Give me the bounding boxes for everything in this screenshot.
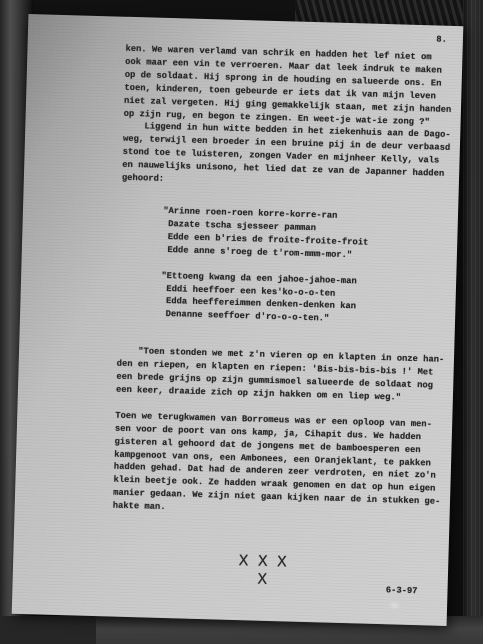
background-bottom-corner bbox=[0, 616, 96, 644]
document-body: ken. We waren verlamd van schrik en hadd… bbox=[113, 43, 457, 522]
paragraph: "Toen stonden we met z'n vieren op en kl… bbox=[116, 345, 448, 406]
paragraph: ken. We waren verlamd van schrik en hadd… bbox=[124, 43, 457, 130]
page-number: 8. bbox=[436, 33, 447, 46]
song-verse: "Arinne roen-roen korre-korre-ran Dazate… bbox=[120, 204, 452, 265]
faded-correction-mark bbox=[388, 600, 401, 610]
paragraph: Toen we terugkwamen van Borromeus was er… bbox=[113, 409, 447, 521]
background-right-band bbox=[463, 0, 483, 644]
photo-background: 8. ken. We waren verlamd van schrik en h… bbox=[0, 0, 483, 644]
date-stamp: 6-3-97 bbox=[386, 584, 418, 598]
song-verse: "Ettoeng kwang da een jahoe-jahoe-man Ed… bbox=[118, 268, 450, 329]
document-page: 8. ken. We waren verlamd van schrik en h… bbox=[12, 14, 464, 626]
paragraph: Liggend in hun witte bedden in het zieke… bbox=[122, 120, 455, 194]
